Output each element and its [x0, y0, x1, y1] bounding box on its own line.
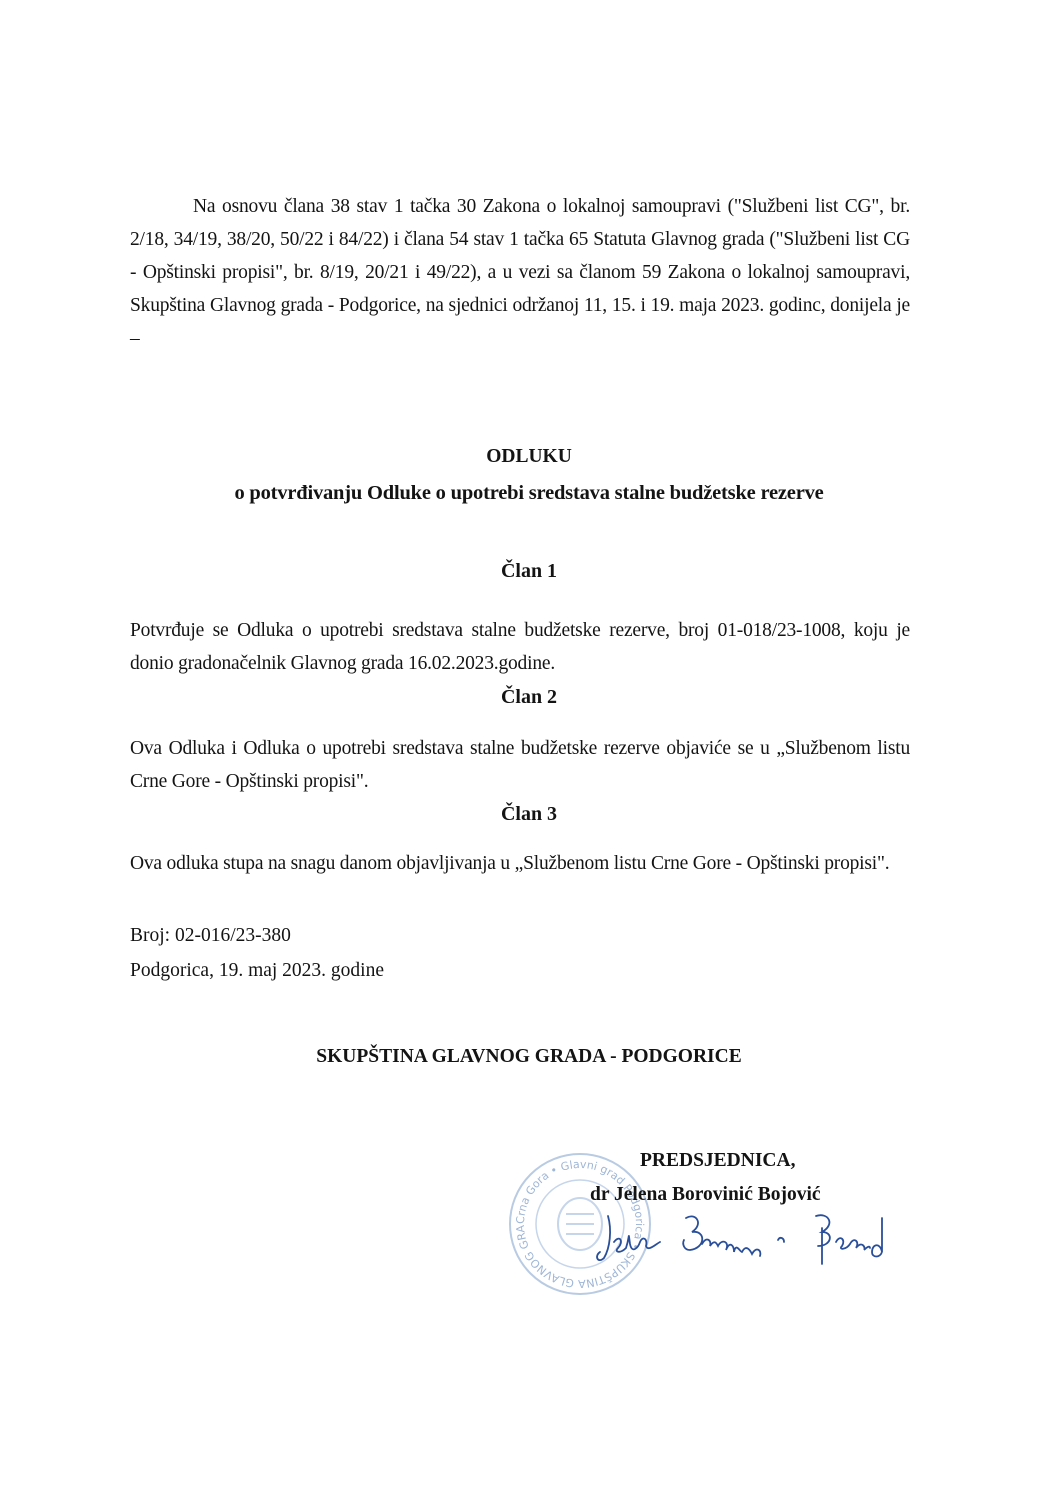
place-date: Podgorica, 19. maj 2023. godine	[130, 960, 384, 982]
signatory-title: PREDSJEDNICA,	[640, 1150, 795, 1172]
article-2-heading: Član 2	[0, 686, 1058, 709]
article-1-heading: Član 1	[0, 560, 1058, 583]
handwritten-signature-icon	[590, 1208, 910, 1268]
article-3-text: Ova odluka stupa na snagu danom objavlji…	[130, 847, 910, 880]
article-3-heading: Član 3	[0, 803, 1058, 826]
article-1-text: Potvrđuje se Odluka o upotrebi sredstava…	[130, 614, 910, 680]
article-2-text: Ova Odluka i Odluka o upotrebi sredstava…	[130, 732, 910, 798]
organization-name: SKUPŠTINA GLAVNOG GRADA - PODGORICE	[0, 1046, 1058, 1068]
signatory-name: dr Jelena Borovinić Bojović	[590, 1184, 821, 1206]
document-number: Broj: 02-016/23-380	[130, 925, 291, 947]
document-title: ODLUKU	[0, 446, 1058, 468]
intro-paragraph: Na osnovu člana 38 stav 1 tačka 30 Zakon…	[130, 190, 910, 355]
document-subtitle: o potvrđivanju Odluke o upotrebi sredsta…	[0, 482, 1058, 505]
document-page: Na osnovu člana 38 stav 1 tačka 30 Zakon…	[0, 0, 1058, 1497]
